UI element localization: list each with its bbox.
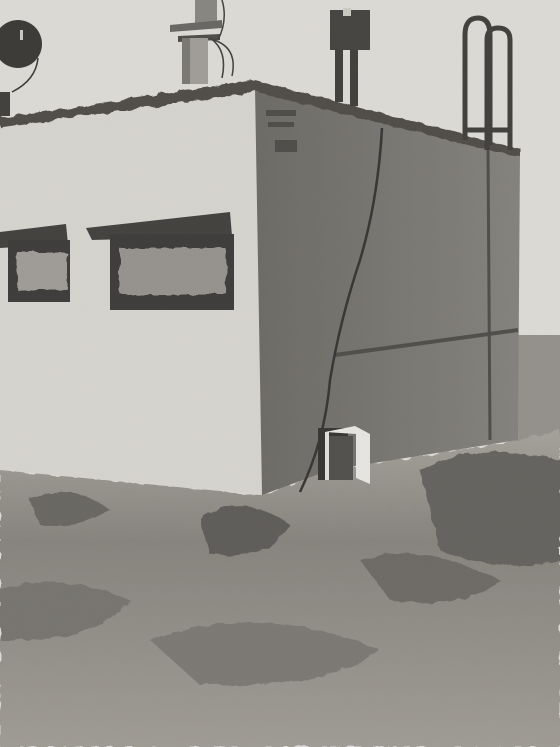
photo-canvas: [0, 0, 560, 747]
photo: [0, 0, 560, 747]
film-grain: [0, 0, 560, 747]
